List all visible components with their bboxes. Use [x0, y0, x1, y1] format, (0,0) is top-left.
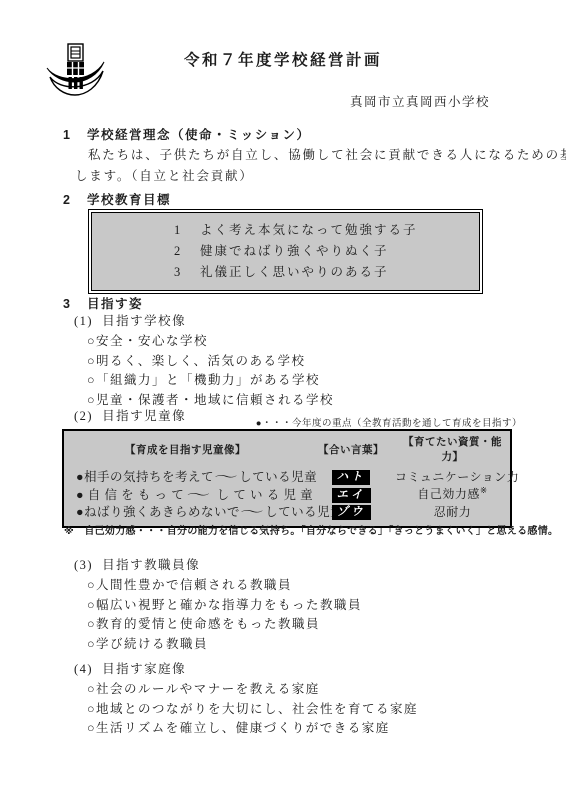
keyword-cell: ハト [307, 467, 395, 485]
section-heading-goals: 2学校教育目標 [63, 190, 171, 208]
list-item: ○教育的愛情と使命感をもった教職員 [87, 615, 362, 635]
subsection-title: 目指す学校像 [102, 314, 186, 328]
ability-label: 忍耐力 [434, 505, 472, 519]
subsection-heading: (3)目指す教職員像 [74, 556, 362, 574]
children-table-row: ●自信をもって〜している児童 エイ 自己効力感※ [64, 485, 510, 503]
child-image-text: ●ねばり強くあきらめないで〜している児童 [64, 502, 307, 520]
image-text-pre: ●ねばり強くあきらめないで [76, 505, 240, 519]
keyword-tag: エイ [332, 488, 371, 503]
child-image-text: ●相手の気持ちを考えて〜している児童 [64, 467, 307, 485]
subsection-children-image: (2)目指す児童像 [74, 407, 186, 425]
keyword-tag: ゾウ [332, 505, 371, 520]
list-item: ○「組織力」と「機動力」がある学校 [87, 371, 334, 391]
goal-item: 1よく考え本気になって勉強する子 [174, 220, 471, 241]
subsection-label: (2) [74, 409, 93, 423]
goal-text: 健康でねばり強くやりぬく子 [200, 241, 389, 262]
mission-line-1: 私たちは、子供たちが自立し、協働して社会に貢献できる人になるための基盤を育成 [75, 145, 505, 166]
column-header-keyword: 【合い言葉】 [307, 443, 395, 458]
goal-item: 3礼儀正しく思いやりのある子 [174, 262, 471, 283]
subsection-heading: (2)目指す児童像 [74, 407, 186, 425]
wave-dash: 〜 [214, 467, 239, 485]
goal-number: 1 [174, 220, 200, 241]
education-goals-box: 1よく考え本気になって勉強する子 2健康でねばり強くやりぬく子 3礼儀正しく思い… [88, 209, 483, 294]
list-item: ○地域とのつながりを大切にし、社会性を育てる家庭 [87, 700, 418, 720]
section-heading-mission: 1学校経営理念（使命・ミッション） [63, 125, 311, 143]
goal-text: 礼儀正しく思いやりのある子 [200, 262, 389, 283]
list-item: ○学び続ける教職員 [87, 635, 362, 655]
subsection-items: ○社会のルールやマナーを教える家庭 ○地域とのつながりを大切にし、社会性を育てる… [74, 680, 418, 739]
section-title: 目指す姿 [87, 297, 143, 311]
goal-text: よく考え本気になって勉強する子 [200, 220, 418, 241]
list-item: ○社会のルールやマナーを教える家庭 [87, 680, 418, 700]
school-name: 真岡市立真岡西小学校 [350, 92, 490, 110]
subsection-items: ○人間性豊かで信頼される教職員 ○幅広い視野と確かな指導力をもった教職員 ○教育… [74, 576, 362, 654]
list-item: ○明るく、楽しく、活気のある学校 [87, 352, 334, 372]
self-efficacy-footnote: ※ 自己効力感・・・自分の能力を信じる気持ち。「自分ならできる」「きっとうまくい… [64, 522, 558, 537]
section-number: 1 [63, 128, 87, 142]
section-number: 3 [63, 297, 87, 311]
subsection-school-image: (1)目指す学校像 ○安全・安心な学校 ○明るく、楽しく、活気のある学校 ○「組… [74, 312, 334, 410]
child-image-text: ●自信をもって〜している児童 [64, 485, 307, 503]
list-item: ○生活リズムを確立し、健康づくりができる家庭 [87, 719, 418, 739]
subsection-heading: (1)目指す学校像 [74, 312, 334, 330]
subsection-label: (1) [74, 314, 93, 328]
ability-label: 自己効力感 [417, 487, 480, 501]
goal-number: 2 [174, 241, 200, 262]
subsection-title: 目指す家庭像 [102, 662, 186, 676]
goal-item: 2健康でねばり強くやりぬく子 [174, 241, 471, 262]
children-table-row: ●相手の気持ちを考えて〜している児童 ハト コミュニケーション力 [64, 467, 510, 485]
ability-text: 忍耐力 [395, 503, 510, 520]
ability-text: 自己効力感※ [395, 485, 510, 502]
subsection-label: (4) [74, 662, 93, 676]
image-text-pre: ●相手の気持ちを考えて [76, 470, 214, 484]
section-number: 2 [63, 193, 87, 207]
keyword-cell: エイ [307, 485, 395, 503]
children-table-row: ●ねばり強くあきらめないで〜している児童 ゾウ 忍耐力 [64, 502, 510, 520]
subsection-family-image: (4)目指す家庭像 ○社会のルールやマナーを教える家庭 ○地域とのつながりを大切… [74, 660, 418, 739]
subsection-staff-image: (3)目指す教職員像 ○人間性豊かで信頼される教職員 ○幅広い視野と確かな指導力… [74, 556, 362, 654]
focus-note: ●・・・今年度の重点（全教育活動を通して育成を目指す） [256, 415, 522, 429]
subsection-label: (3) [74, 558, 93, 572]
subsection-items: ○安全・安心な学校 ○明るく、楽しく、活気のある学校 ○「組織力」と「機動力」が… [74, 332, 334, 410]
image-text-pre: ●自信をもって [76, 488, 188, 502]
column-header-ability: 【育てたい資質・能力】 [395, 435, 510, 465]
section-heading-aims: 3目指す姿 [63, 294, 143, 312]
keyword-tag: ハト [332, 470, 371, 485]
section-title: 学校経営理念（使命・ミッション） [87, 128, 311, 142]
mission-line-2: します。（自立と社会貢献） [75, 166, 505, 187]
image-text-post: している児童 [239, 470, 317, 484]
subsection-title: 目指す児童像 [102, 409, 186, 423]
children-table-header-row: 【育成を目指す児童像】 【合い言葉】 【育てたい資質・能力】 [64, 435, 510, 465]
ability-footnote-mark: ※ [480, 485, 488, 495]
list-item: ○人間性豊かで信頼される教職員 [87, 576, 362, 596]
goal-number: 3 [174, 262, 200, 283]
mission-paragraph: 私たちは、子供たちが自立し、協働して社会に貢献できる人になるための基盤を育成 し… [75, 145, 505, 187]
keyword-cell: ゾウ [307, 502, 395, 520]
ability-text: コミュニケーション力 [395, 468, 510, 485]
list-item: ○幅広い視野と確かな指導力をもった教職員 [87, 596, 362, 616]
children-image-table: 【育成を目指す児童像】 【合い言葉】 【育てたい資質・能力】 ●相手の気持ちを考… [62, 429, 512, 528]
subsection-heading: (4)目指す家庭像 [74, 660, 418, 678]
school-management-plan-page: 令和７年度学校経営計画 真岡市立真岡西小学校 1学校経営理念（使命・ミッション）… [0, 0, 566, 800]
ability-label: コミュニケーション力 [395, 470, 519, 484]
education-goals-box-inner: 1よく考え本気になって勉強する子 2健康でねばり強くやりぬく子 3礼儀正しく思い… [91, 212, 480, 291]
page-title: 令和７年度学校経営計画 [0, 48, 566, 70]
wave-dash: 〜 [186, 485, 218, 503]
list-item: ○安全・安心な学校 [87, 332, 334, 352]
column-header-image: 【育成を目指す児童像】 [64, 443, 307, 458]
subsection-title: 目指す教職員像 [102, 558, 200, 572]
section-title: 学校教育目標 [87, 193, 171, 207]
image-text-post: している児童 [217, 488, 317, 502]
wave-dash: 〜 [240, 502, 265, 520]
